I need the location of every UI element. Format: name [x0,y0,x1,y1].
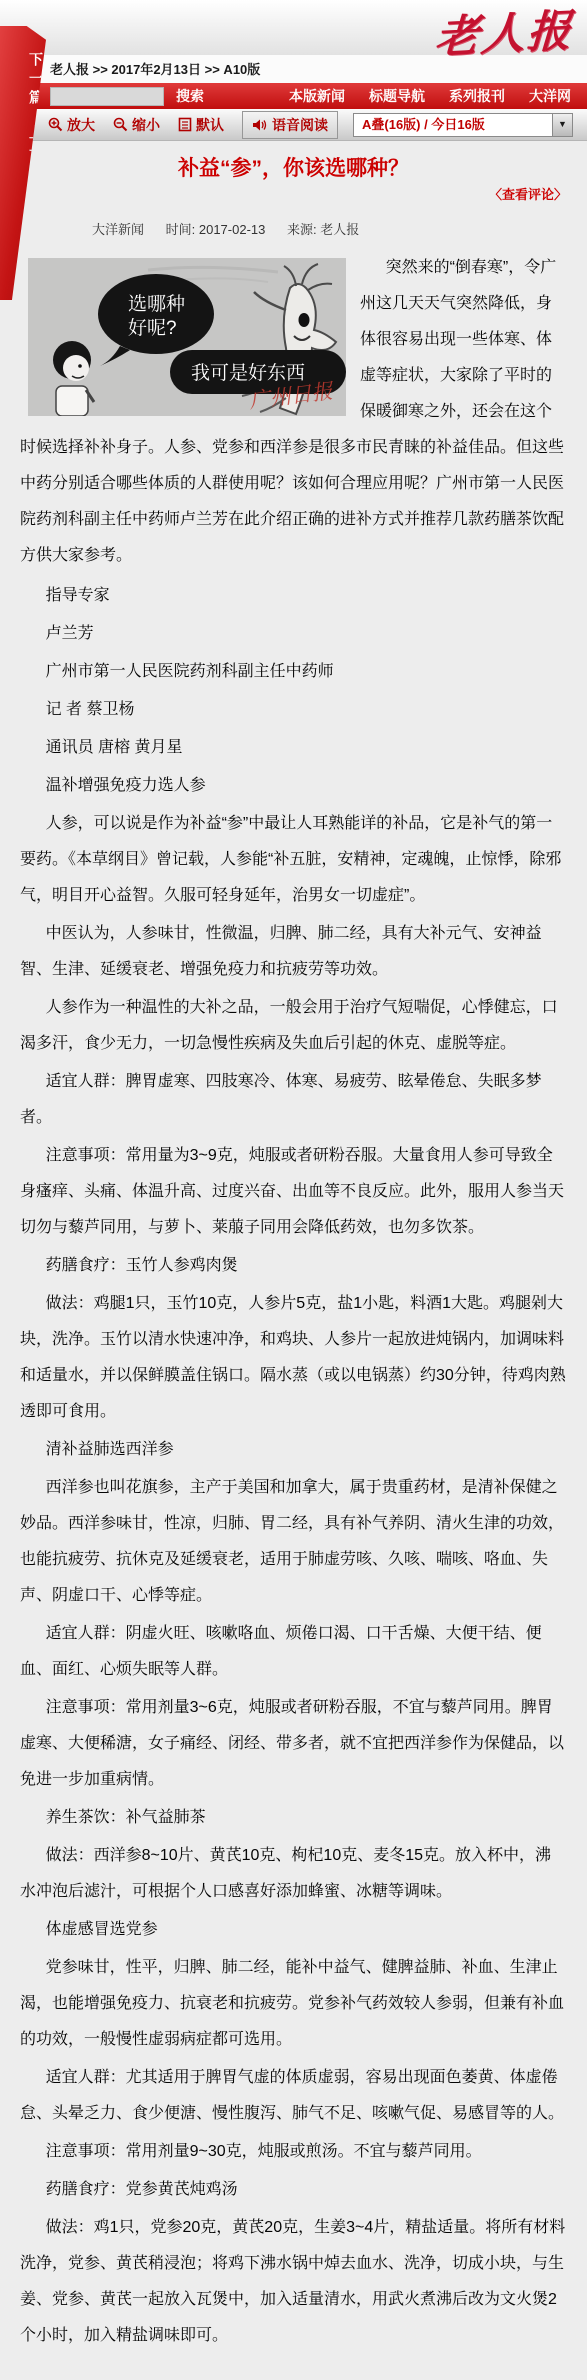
article-paragraph: 卢兰芳 [20,616,567,652]
magnifier-minus-icon [113,117,128,132]
search-input[interactable] [50,87,164,106]
article: 补益“参”，你该选哪种？ 〈查看评论〉 大洋新闻 时间: 2017-02-13 … [0,152,587,2380]
document-icon [178,117,192,132]
section-heading: 指导专家 [20,578,567,614]
nav-link-page-news[interactable]: 本版新闻 [289,86,345,106]
voice-read-label: 语音阅读 [272,115,328,135]
article-paragraph: 做法：西洋参8~10片、黄芪10克、枸杞10克、麦冬15克。放入杯中，沸水冲泡后… [20,1838,567,1910]
magnifier-plus-icon [48,117,63,132]
article-paragraph: 注意事项：常用量为3~9克，炖服或者研粉吞服。大量食用人参可导致全身瘙痒、头痛、… [20,1138,567,1246]
bubble2-text: 我可是好东西 [191,362,305,384]
article-paragraph: 药膳食疗：党参黄芪炖鸡汤 [20,2172,567,2208]
article-paragraph: 适宜人群：脾胃虚寒、四肢寒冷、体寒、易疲劳、眩晕倦怠、失眠多梦者。 [20,1064,567,1136]
article-paragraph: 人参，可以说是作为补益“参”中最让人耳熟能详的补品，它是补气的第一要药。《本草纲… [20,806,567,914]
article-cartoon-image: 选哪种 好呢? 我可是好东西 广州日报 [28,258,346,416]
article-paragraph: 适宜人群：尤其适用于脾胃气虚的体质虚弱，容易出现面色萎黄、体虚倦怠、头晕乏力、食… [20,2060,567,2132]
article-paragraph: 养生茶饮：补气益肺茶 [20,1800,567,1836]
header: 老人报 [0,0,587,55]
byline-time: 时间: 2017-02-13 [166,222,266,237]
nav-link-dayoo[interactable]: 大洋网 [529,86,571,106]
page: 下一篇 上一版 下一版 老人报 老人报 >> 2017年2月13日 >> A10… [0,0,587,2380]
article-paragraph: 西洋参也叫花旗参，主产于美国和加拿大，属于贵重药材，是清补保健之妙品。西洋参味甘… [20,1470,567,1614]
nav-bar: 搜索 本版新闻 标题导航 系列报刊 大洋网 [0,83,587,109]
bubble1-text-line2: 好呢? [128,317,177,339]
default-view-label: 默认 [196,115,224,135]
zoom-in-button[interactable]: 放大 [48,115,95,135]
zoom-out-button[interactable]: 缩小 [113,115,160,135]
zoom-out-label: 缩小 [132,115,160,135]
article-paragraph: 注意事项：常用剂量9~30克，炖服或煎汤。不宜与藜芦同用。 [20,2134,567,2170]
edition-select-value: A叠(16版) / 今日16版 [354,114,552,136]
toolbar: 放大 缩小 默认 语音阅读 [0,109,587,141]
search-button[interactable]: 搜索 [176,86,204,106]
article-paragraph: 注意事项：常用剂量3~6克，炖服或者研粉吞服，不宜与藜芦同用。脾胃虚寒、大便稀溏… [20,1690,567,1798]
byline: 大洋新闻 时间: 2017-02-13 来源: 老人报 [92,219,567,238]
article-paragraph: 广州市第一人民医院药剂科副主任中药师 [20,654,567,690]
chevron-down-icon[interactable]: ▼ [552,114,572,136]
byline-agency: 大洋新闻 [92,222,144,237]
section-heading: 体虚感冒选党参 [20,1912,567,1948]
nav-link-title-nav[interactable]: 标题导航 [369,86,425,106]
article-paragraph: 中医认为，人参味甘，性微温，归脾、肺二经，具有大补元气、安神益智、生津、延缓衰老… [20,916,567,988]
article-paragraph: 党参味甘，性平，归脾、肺二经，能补中益气、健脾益肺、补血、生津止渴，也能增强免疫… [20,1950,567,2058]
edition-select[interactable]: A叠(16版) / 今日16版 ▼ [353,113,573,137]
bubble1-text-line1: 选哪种 [128,293,185,315]
article-body: 指导专家卢兰芳广州市第一人民医院药剂科副主任中药师记 者 蔡卫杨通讯员 唐榕 黄… [20,578,567,2354]
section-heading: 清补益肺选西洋参 [20,1432,567,1468]
article-paragraph: 药膳食疗：玉竹人参鸡肉煲 [20,1248,567,1284]
intro-block: 选哪种 好呢? 我可是好东西 广州日报 突然来的“倒春寒”，令广州这几天天气突然… [20,250,567,576]
article-paragraph: 做法：鸡腿1只，玉竹10克，人参片5克，盐1小匙，料酒1大匙。鸡腿剁大块，洗净。… [20,1286,567,1430]
article-paragraph: 人参作为一种温性的大补之品，一般会用于治疗气短喘促，心悸健忘，口渴多汗，食少无力… [20,990,567,1062]
article-paragraph: 记 者 蔡卫杨 [20,692,567,728]
zoom-in-label: 放大 [67,115,95,135]
view-comments-link[interactable]: 〈查看评论〉 [20,184,567,203]
article-paragraph: 适宜人群：阴虚火旺、咳嗽咯血、烦倦口渴、口干舌燥、大便干结、便血、面红、心烦失眠… [20,1616,567,1688]
article-paragraph: 通讯员 唐榕 黄月星 [20,730,567,766]
page-title: 补益“参”，你该选哪种？ [20,152,567,182]
nav-link-series[interactable]: 系列报刊 [449,86,505,106]
byline-source: 来源: 老人报 [287,222,359,237]
default-view-button[interactable]: 默认 [178,115,224,135]
newspaper-logo[interactable]: 老人报 [433,0,574,66]
voice-read-button[interactable]: 语音阅读 [242,111,338,139]
section-heading: 温补增强免疫力选人参 [20,768,567,804]
article-paragraph: 做法：鸡1只，党参20克，黄芪20克，生姜3~4片，精盐适量。将所有材料洗净，党… [20,2210,567,2354]
speaker-icon [252,118,267,132]
